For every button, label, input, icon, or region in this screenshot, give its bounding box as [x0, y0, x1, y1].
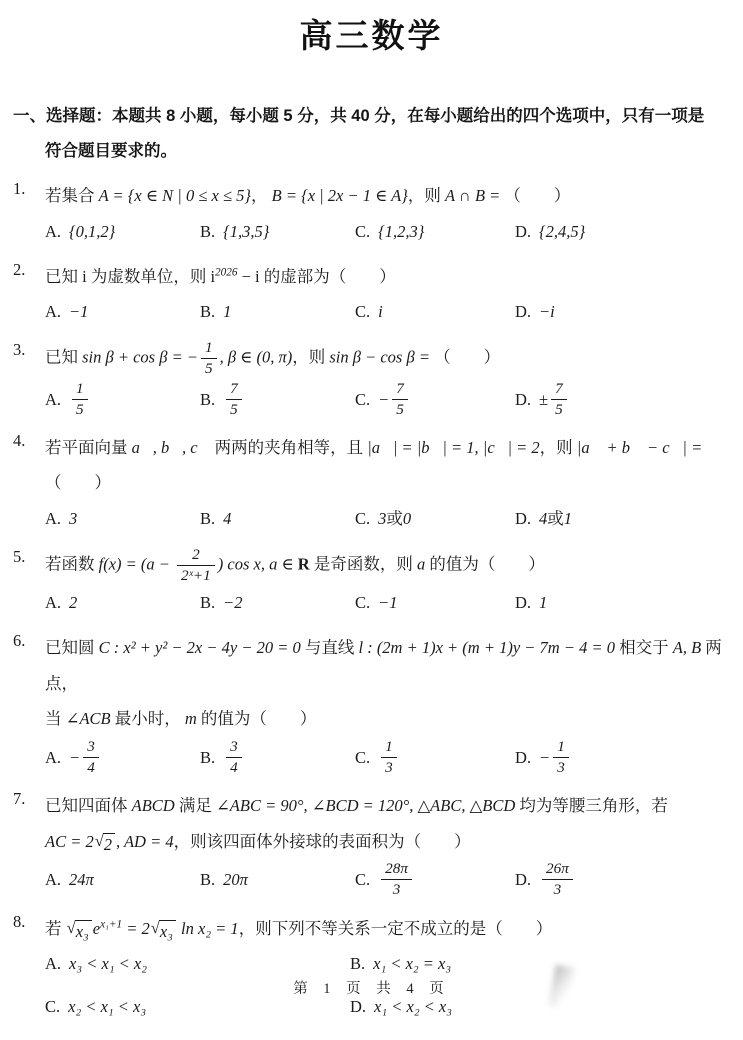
question-number: 4.	[13, 430, 45, 539]
question-options: A.3B.4C.3或0D.4或1	[45, 502, 725, 535]
option-label: C.	[355, 215, 370, 248]
question-body: 若平面向量 a⃗, b⃗, c⃗ 两两的夹角相等，且 |a⃗| = |b⃗| =…	[45, 430, 725, 539]
option-content: −13	[539, 738, 572, 777]
math-run: x₃ < x₁ < x₂	[69, 947, 147, 980]
option-B: B.1	[200, 295, 355, 328]
option-content: {1,2,3}	[378, 215, 424, 248]
option-content: i	[378, 295, 383, 328]
math-run: 24π	[69, 863, 94, 896]
math-run: 4	[223, 502, 231, 535]
option-label: D.	[515, 295, 531, 328]
option-B: B.75	[200, 380, 355, 419]
fraction: 22ˣ+1	[177, 546, 215, 585]
option-D: D.26π3	[515, 860, 725, 899]
math-run: sin β + cos β = −	[82, 348, 198, 367]
bold-math-run: R	[298, 554, 310, 573]
option-content: −i	[539, 295, 555, 328]
fraction-numerator: 3	[83, 738, 99, 758]
option-label: A.	[45, 295, 61, 328]
math-run: AC = 2	[45, 832, 94, 851]
fraction-denominator: 3	[381, 758, 397, 777]
option-content: 26π3	[539, 860, 576, 899]
fraction: 75	[551, 380, 567, 419]
option-label: B.	[200, 502, 215, 535]
option-C: C.{1,2,3}	[355, 215, 515, 248]
text-run: 相交于	[615, 638, 673, 657]
option-B: B.34	[200, 738, 355, 777]
text-run: （ ）	[434, 348, 500, 367]
math-run: 20π	[223, 863, 248, 896]
fraction-numerator: 1	[381, 738, 397, 758]
option-label: A.	[45, 502, 61, 535]
section-intro: 一、选择题：本题共 8 小题，每小题 5 分，共 40 分，在每小题给出的四个选…	[13, 104, 725, 164]
question-3: 3.已知 sin β + cos β = −15, β ∈ (0, π)，则 s…	[13, 339, 725, 423]
option-content: 4	[223, 502, 231, 535]
text-run: ，则	[292, 348, 329, 367]
option-label: C.	[355, 502, 370, 535]
math-run: {1,3,5}	[223, 215, 269, 248]
option-label: D.	[515, 741, 531, 774]
fraction-numerator: 1	[72, 380, 88, 400]
math-run: = 2	[122, 919, 150, 938]
fraction-denominator: 5	[201, 359, 217, 378]
math-run: −	[539, 741, 550, 774]
math-run: −	[378, 383, 389, 416]
option-C: C.−1	[355, 586, 515, 619]
option-content: 24π	[69, 863, 94, 896]
option-label: A.	[45, 215, 61, 248]
option-content: ±75	[539, 380, 570, 419]
option-content: 34	[223, 738, 245, 777]
option-label: B.	[200, 741, 215, 774]
question-1: 1.若集合 A = {x ∈ N | 0 ≤ x ≤ 5}， B = {x | …	[13, 178, 725, 251]
math-run: ±	[539, 383, 548, 416]
text-run: 的值为（ ）	[425, 554, 545, 573]
question-number: 3.	[13, 339, 45, 423]
option-A: A.15	[45, 380, 200, 419]
text-run: ，则	[408, 186, 445, 205]
question-body: 已知 sin β + cos β = −15, β ∈ (0, π)，则 sin…	[45, 339, 725, 423]
text-run: 若函数	[45, 554, 99, 573]
math-run: |a⃗ + b⃗ − c⃗| =	[577, 438, 702, 457]
section-intro-line1: 一、选择题：本题共 8 小题，每小题 5 分，共 40 分，在每小题给出的四个选…	[13, 104, 725, 130]
option-content: 75	[223, 380, 245, 419]
question-options: A.−1B.1C.iD.−i	[45, 295, 725, 328]
option-content: 1	[223, 295, 231, 328]
option-content: 3	[69, 502, 77, 535]
text-run: （ ）	[45, 473, 111, 492]
question-options: A.15B.75C.−75D.±75	[45, 380, 725, 419]
question-5: 5.若函数 f(x) = (a − 22ˣ+1) cos x, a ∈ R 是奇…	[13, 546, 725, 623]
sqrt-expression: √2	[95, 833, 115, 855]
question-body: 若 √x₃ex₁+1 = 2√x₃ ln x₂ = 1，则下列不等关系一定不成立…	[45, 911, 725, 1027]
math-run: ∠ABC = 90°, ∠BCD = 120°, △ABC, △BCD	[216, 796, 515, 815]
sqrt-expression: √x₃	[67, 920, 92, 942]
fraction: 13	[381, 738, 397, 777]
math-run: 3	[69, 502, 77, 535]
option-C: C.13	[355, 738, 515, 777]
option-label: C.	[355, 383, 370, 416]
fraction: 34	[83, 738, 99, 777]
option-label: A.	[45, 863, 61, 896]
math-run: 1	[223, 295, 231, 328]
math-run: ABCD	[132, 796, 175, 815]
radicand: 2	[103, 833, 115, 855]
text-run: ，则下列不等关系一定不成立的是（ ）	[239, 919, 553, 938]
fraction-denominator: 3	[542, 880, 573, 899]
math-run: a	[417, 554, 425, 573]
option-content: 28π3	[378, 860, 415, 899]
text-run: 若平面向量	[45, 438, 132, 457]
question-number: 1.	[13, 178, 45, 251]
math-run: ) cos x, a ∈	[218, 554, 298, 573]
option-content: 2	[69, 586, 77, 619]
option-label: D.	[515, 383, 531, 416]
text-run: 若	[45, 919, 66, 938]
math-run: 0	[403, 502, 411, 535]
option-content: 13	[378, 738, 400, 777]
math-run: l : (2m + 1)x + (m + 1)y − 7m − 4 = 0	[358, 638, 615, 657]
option-label: D.	[515, 586, 531, 619]
radicand: x₃	[159, 920, 176, 942]
math-run: i	[378, 295, 383, 328]
text-run: 或	[547, 502, 564, 535]
option-content: −2	[223, 586, 242, 619]
text-run: 与直线	[301, 638, 359, 657]
math-run: 2	[69, 586, 77, 619]
math-run: e	[93, 919, 100, 938]
option-C: C.i	[355, 295, 515, 328]
question-number: 7.	[13, 788, 45, 903]
question-options: A.{0,1,2}B.{1,3,5}C.{1,2,3}D.{2,4,5}	[45, 215, 725, 248]
option-content: 20π	[223, 863, 248, 896]
math-run: m	[185, 709, 197, 728]
fraction-denominator: 5	[392, 400, 408, 419]
option-D: D.{2,4,5}	[515, 215, 725, 248]
text-run: 最小时，	[111, 709, 185, 728]
radical-sign: √	[67, 919, 76, 938]
option-B: B.x₁ < x₂ = x₃	[350, 947, 725, 980]
text-run: 均为等腰三角形，若	[515, 796, 668, 815]
question-6: 6.已知圆 C : x² + y² − 2x − 4y − 20 = 0 与直线…	[13, 630, 725, 781]
page-title: 高三数学	[0, 0, 743, 57]
option-label: D.	[515, 863, 531, 896]
option-B: B.−2	[200, 586, 355, 619]
option-C: C.28π3	[355, 860, 515, 899]
question-stem: 若 √x₃ex₁+1 = 2√x₃ ln x₂ = 1，则下列不等关系一定不成立…	[45, 911, 725, 946]
math-run: −2	[223, 586, 242, 619]
question-body: 已知四面体 ABCD 满足 ∠ABC = 90°, ∠BCD = 120°, △…	[45, 788, 725, 903]
fraction: 26π3	[542, 860, 573, 899]
option-label: D.	[515, 502, 531, 535]
option-content: −75	[378, 380, 411, 419]
fraction-numerator: 28π	[381, 860, 412, 880]
option-C: C.−75	[355, 380, 515, 419]
question-stem: 已知 sin β + cos β = −15, β ∈ (0, π)，则 sin…	[45, 339, 725, 378]
option-content: {1,3,5}	[223, 215, 269, 248]
math-run: 4	[539, 502, 547, 535]
math-run: −1	[378, 586, 397, 619]
math-run: −1	[69, 295, 88, 328]
text-run: 已知 i 为虚数单位，则 i	[45, 267, 215, 286]
math-run: , AD = 4	[116, 832, 174, 851]
text-run: 当	[45, 709, 66, 728]
question-options: A.2B.−2C.−1D.1	[45, 586, 725, 619]
question-body: 已知 i 为虚数单位，则 i2026 − i 的虚部为（ ）A.−1B.1C.i…	[45, 259, 725, 332]
option-A: A.2	[45, 586, 200, 619]
question-number: 2.	[13, 259, 45, 332]
math-run: A = {x ∈ N | 0 ≤ x ≤ 5}	[99, 186, 251, 205]
sqrt-expression: √x₃	[151, 920, 176, 942]
question-body: 若函数 f(x) = (a − 22ˣ+1) cos x, a ∈ R 是奇函数…	[45, 546, 725, 623]
fraction-numerator: 7	[392, 380, 408, 400]
fraction-denominator: 3	[553, 758, 569, 777]
fraction: 34	[226, 738, 242, 777]
option-D: D.1	[515, 586, 725, 619]
option-content: 15	[69, 380, 91, 419]
math-run: |a⃗| = |b⃗| = 1, |c⃗| = 2	[367, 438, 539, 457]
question-body: 已知圆 C : x² + y² − 2x − 4y − 20 = 0 与直线 l…	[45, 630, 725, 781]
text-run: 若集合	[45, 186, 99, 205]
option-label: A.	[45, 947, 61, 980]
text-run: 是奇函数，则	[310, 554, 417, 573]
option-A: A.x₃ < x₁ < x₂	[45, 947, 350, 980]
fraction-numerator: 2	[177, 546, 215, 566]
question-8: 8.若 √x₃ex₁+1 = 2√x₃ ln x₂ = 1，则下列不等关系一定不…	[13, 911, 725, 1027]
fraction-numerator: 7	[551, 380, 567, 400]
fraction: 15	[72, 380, 88, 419]
radical-sign: √	[151, 919, 160, 938]
option-content: {2,4,5}	[539, 215, 585, 248]
option-B: B.{1,3,5}	[200, 215, 355, 248]
option-content: 3或0	[378, 502, 411, 535]
math-run: −i	[539, 295, 555, 328]
option-label: C.	[355, 741, 370, 774]
option-A: A.24π	[45, 860, 200, 899]
option-B: B.4	[200, 502, 355, 535]
fraction-numerator: 7	[226, 380, 242, 400]
math-run: A, B	[673, 638, 701, 657]
math-run: C : x² + y² − 2x − 4y − 20 = 0	[99, 638, 301, 657]
question-number: 5.	[13, 546, 45, 623]
question-stem: 若函数 f(x) = (a − 22ˣ+1) cos x, a ∈ R 是奇函数…	[45, 546, 725, 585]
math-run: sin β − cos β =	[329, 348, 434, 367]
question-stem: 若平面向量 a⃗, b⃗, c⃗ 两两的夹角相等，且 |a⃗| = |b⃗| =…	[45, 430, 725, 501]
option-label: A.	[45, 383, 61, 416]
option-label: B.	[200, 586, 215, 619]
fraction-denominator: 4	[226, 758, 242, 777]
option-A: A.3	[45, 502, 200, 535]
option-label: C.	[355, 295, 370, 328]
option-content: 4或1	[539, 502, 572, 535]
math-run: {2,4,5}	[539, 215, 585, 248]
fraction-denominator: 2ˣ+1	[177, 566, 215, 585]
text-run: 已知四面体	[45, 796, 132, 815]
math-run: {1,2,3}	[378, 215, 424, 248]
option-content: {0,1,2}	[69, 215, 115, 248]
option-label: B.	[200, 295, 215, 328]
question-2: 2.已知 i 为虚数单位，则 i2026 − i 的虚部为（ ）A.−1B.1C…	[13, 259, 725, 332]
option-label: D.	[515, 215, 531, 248]
option-label: B.	[200, 215, 215, 248]
option-D: D.−13	[515, 738, 725, 777]
option-D: D.±75	[515, 380, 725, 419]
text-run: 两两的夹角相等，且	[210, 438, 367, 457]
option-C: C.3或0	[355, 502, 515, 535]
question-stem: 已知 i 为虚数单位，则 i2026 − i 的虚部为（ ）	[45, 259, 725, 294]
option-content: 1	[539, 586, 547, 619]
question-list: 1.若集合 A = {x ∈ N | 0 ≤ x ≤ 5}， B = {x | …	[13, 178, 725, 1027]
math-run: , β ∈ (0, π)	[220, 348, 293, 367]
text-run: （ ）	[504, 186, 570, 205]
fraction-denominator: 5	[226, 400, 242, 419]
option-content: x₃ < x₁ < x₂	[69, 947, 147, 980]
option-A: A.{0,1,2}	[45, 215, 200, 248]
text-run: 满足	[175, 796, 216, 815]
math-run: ∠ACB	[66, 709, 111, 728]
question-options: A.−34B.34C.13D.−13	[45, 738, 725, 777]
math-run: a⃗, b⃗, c⃗	[132, 438, 211, 457]
superscript: 2026	[215, 266, 237, 278]
option-content: −34	[69, 738, 102, 777]
option-A: A.−34	[45, 738, 200, 777]
fraction: 75	[226, 380, 242, 419]
section-intro-line2: 符合题目要求的。	[13, 139, 725, 165]
fraction-denominator: 3	[381, 880, 412, 899]
page-footer: 第 1 页 共 4 页	[0, 977, 743, 998]
option-label: C.	[355, 863, 370, 896]
math-run: x₁ < x₂ = x₃	[373, 947, 451, 980]
fraction: 28π3	[381, 860, 412, 899]
option-label: A.	[45, 741, 61, 774]
question-stem: 已知四面体 ABCD 满足 ∠ABC = 90°, ∠BCD = 120°, △…	[45, 788, 725, 859]
text-run: ，则该四面体外接球的表面积为（ ）	[174, 832, 471, 851]
fraction-denominator: 5	[551, 400, 567, 419]
math-run: 3	[378, 502, 386, 535]
fraction-denominator: 5	[72, 400, 88, 419]
fraction-numerator: 1	[201, 339, 217, 359]
fraction-denominator: 4	[83, 758, 99, 777]
option-label: A.	[45, 586, 61, 619]
text-run: 或	[386, 502, 403, 535]
question-body: 若集合 A = {x ∈ N | 0 ≤ x ≤ 5}， B = {x | 2x…	[45, 178, 725, 251]
fraction-numerator: 3	[226, 738, 242, 758]
question-options: A.24πB.20πC.28π3D.26π3	[45, 860, 725, 899]
text-run: ，	[251, 186, 272, 205]
text-run: 的值为（ ）	[197, 709, 317, 728]
option-B: B.20π	[200, 860, 355, 899]
question-stem: 已知圆 C : x² + y² − 2x − 4y − 20 = 0 与直线 l…	[45, 630, 725, 736]
option-content: x₁ < x₂ = x₃	[373, 947, 451, 980]
option-content: −1	[378, 586, 397, 619]
math-run: {0,1,2}	[69, 215, 115, 248]
text-run: ，则	[540, 438, 577, 457]
math-run: A ∩ B =	[445, 186, 504, 205]
radical-sign: √	[95, 832, 104, 851]
option-D: D.4或1	[515, 502, 725, 535]
fraction: 75	[392, 380, 408, 419]
text-run: 已知圆	[45, 638, 99, 657]
fraction: 13	[553, 738, 569, 777]
text-run: 已知	[45, 348, 82, 367]
text-run: − i 的虚部为（ ）	[237, 267, 395, 286]
option-label: C.	[355, 586, 370, 619]
option-label: B.	[350, 947, 365, 980]
fraction-numerator: 1	[553, 738, 569, 758]
option-content: −1	[69, 295, 88, 328]
question-number: 6.	[13, 630, 45, 781]
question-4: 4.若平面向量 a⃗, b⃗, c⃗ 两两的夹角相等，且 |a⃗| = |b⃗|…	[13, 430, 725, 539]
option-A: A.−1	[45, 295, 200, 328]
question-number: 8.	[13, 911, 45, 1027]
fraction-numerator: 26π	[542, 860, 573, 880]
superscript: x₁+1	[100, 918, 122, 930]
math-run: −	[69, 741, 80, 774]
math-run: f(x) = (a −	[99, 554, 174, 573]
math-run: B = {x | 2x − 1 ∈ A}	[272, 186, 408, 205]
option-D: D.−i	[515, 295, 725, 328]
option-label: B.	[200, 863, 215, 896]
option-label: B.	[200, 383, 215, 416]
radicand: x₃	[75, 920, 92, 942]
math-run: ln x₂ = 1	[177, 919, 239, 938]
math-run: 1	[539, 586, 547, 619]
question-stem: 若集合 A = {x ∈ N | 0 ≤ x ≤ 5}， B = {x | 2x…	[45, 178, 725, 213]
math-run: 1	[564, 502, 572, 535]
fraction: 15	[201, 339, 217, 378]
question-7: 7.已知四面体 ABCD 满足 ∠ABC = 90°, ∠BCD = 120°,…	[13, 788, 725, 903]
